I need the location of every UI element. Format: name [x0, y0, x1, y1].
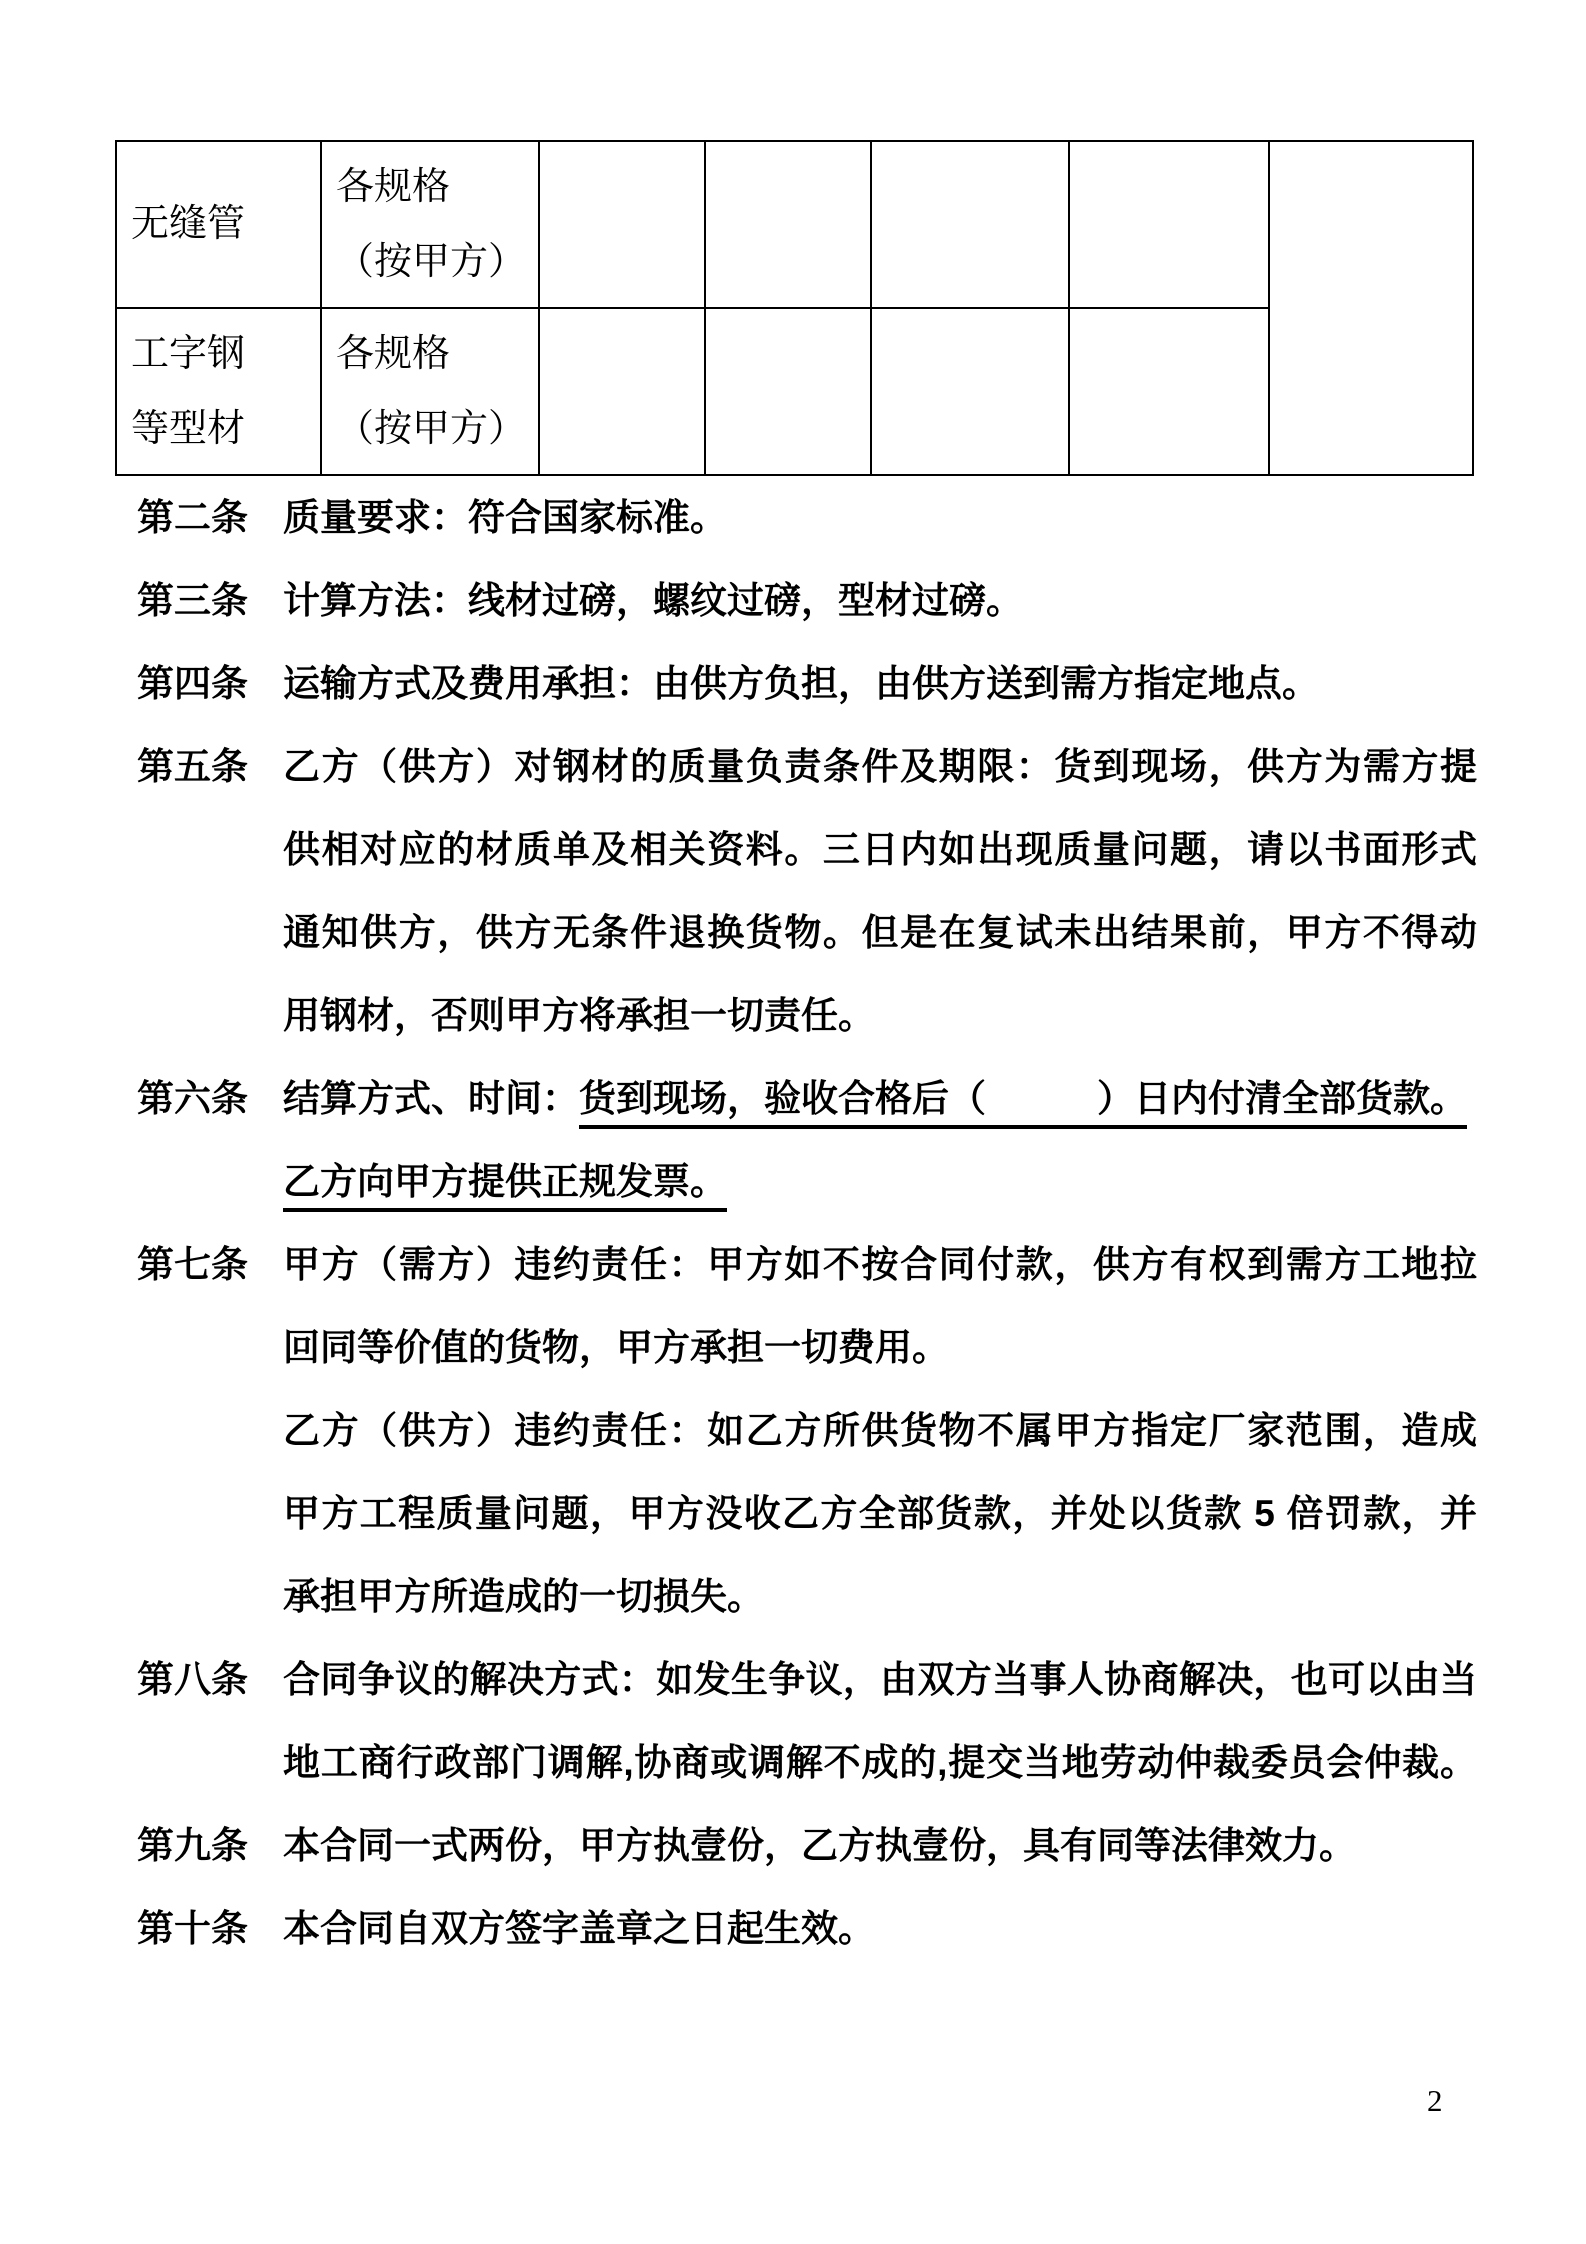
empty-cell — [539, 141, 705, 308]
empty-cell — [539, 308, 705, 475]
clause-text: 通知供方，供方无条件退换货物。但是在复试未出结果前，甲方不得动 — [283, 913, 1477, 953]
clause-number: 第八条 — [137, 1660, 283, 1700]
clause-text: 结算方式、时间：货到现场，验收合格后（ ）日内付清全部货款。 — [283, 1079, 1477, 1119]
clause-line: 第四条运输方式及费用承担：由供方负担，由供方送到需方指定地点。 — [137, 664, 1482, 747]
clause-number: 第九条 — [137, 1826, 283, 1866]
clause-line: 第九条本合同一式两份，甲方执壹份，乙方执壹份，具有同等法律效力。 — [137, 1826, 1482, 1909]
clause-line: 地工商行政部门调解,协商或调解不成的,提交当地劳动仲裁委员会仲裁。 — [137, 1743, 1482, 1826]
clause-line: 第八条合同争议的解决方式：如发生争议，由双方当事人协商解决，也可以由当 — [137, 1660, 1482, 1743]
clause-line: 第二条质量要求：符合国家标准。 — [137, 498, 1482, 581]
clause-number: 第十条 — [137, 1909, 283, 1949]
clause-line: 回同等价值的货物，甲方承担一切费用。 — [137, 1328, 1482, 1411]
empty-cell — [1069, 308, 1269, 475]
clause-text: 本合同一式两份，甲方执壹份，乙方执壹份，具有同等法律效力。 — [283, 1826, 1477, 1866]
contract-page: 无缝管 各规格 （按甲方） 工字钢 等型材 各规格 （按甲方） — [0, 0, 1586, 2244]
empty-cell — [705, 141, 871, 308]
empty-cell — [1269, 141, 1473, 475]
material-name: 等型材 — [131, 392, 320, 467]
clause-line: 第六条结算方式、时间：货到现场，验收合格后（ ）日内付清全部货款。 — [137, 1079, 1482, 1162]
clause-text: 合同争议的解决方式：如发生争议，由双方当事人协商解决，也可以由当 — [283, 1660, 1477, 1700]
clause-text: 乙方（供方）违约责任：如乙方所供货物不属甲方指定厂家范围，造成 — [283, 1411, 1477, 1451]
clause-line: 乙方（供方）违约责任：如乙方所供货物不属甲方指定厂家范围，造成 — [137, 1411, 1482, 1494]
clause-text: 乙方（供方）对钢材的质量负责条件及期限：货到现场，供方为需方提 — [283, 747, 1477, 787]
clause-line: 第十条本合同自双方签字盖章之日起生效。 — [137, 1909, 1482, 1992]
empty-cell — [871, 141, 1069, 308]
clause-number: 第六条 — [137, 1079, 283, 1119]
clause-number: 第五条 — [137, 747, 283, 787]
clause-text: 甲方工程质量问题，甲方没收乙方全部货款，并处以货款 5 倍罚款，并 — [283, 1494, 1477, 1534]
empty-cell — [705, 308, 871, 475]
clause-text-underlined: 乙方向甲方提供正规发票。 — [283, 1161, 727, 1212]
page-number: 2 — [1427, 2083, 1443, 2119]
materials-table: 无缝管 各规格 （按甲方） 工字钢 等型材 各规格 （按甲方） — [115, 140, 1474, 476]
clause-line: 第七条甲方（需方）违约责任：甲方如不按合同付款，供方有权到需方工地拉 — [137, 1245, 1482, 1328]
clause-line: 甲方工程质量问题，甲方没收乙方全部货款，并处以货款 5 倍罚款，并 — [137, 1494, 1482, 1577]
clause-number: 第七条 — [137, 1245, 283, 1285]
clause-number: 第三条 — [137, 581, 283, 621]
clause-text: 运输方式及费用承担：由供方负担，由供方送到需方指定地点。 — [283, 664, 1477, 704]
clause-text: 计算方法：线材过磅，螺纹过磅，型材过磅。 — [283, 581, 1477, 621]
spec-line: （按甲方） — [336, 392, 538, 467]
clause-text: 承担甲方所造成的一切损失。 — [283, 1577, 1477, 1617]
clause-text: 用钢材，否则甲方将承担一切责任。 — [283, 996, 1477, 1036]
clause-line: 通知供方，供方无条件退换货物。但是在复试未出结果前，甲方不得动 — [137, 913, 1482, 996]
clause-number: 第二条 — [137, 498, 283, 538]
clause-text: 乙方向甲方提供正规发票。 — [283, 1162, 1477, 1202]
clause-line: 乙方向甲方提供正规发票。 — [137, 1162, 1482, 1245]
clause-text: 质量要求：符合国家标准。 — [283, 498, 1477, 538]
spec-cell: 各规格 （按甲方） — [321, 141, 539, 308]
clause-text-plain: 结算方式、时间： — [283, 1078, 579, 1119]
clause-text: 甲方（需方）违约责任：甲方如不按合同付款，供方有权到需方工地拉 — [283, 1245, 1477, 1285]
material-name: 无缝管 — [131, 187, 320, 262]
clause-line: 承担甲方所造成的一切损失。 — [137, 1577, 1482, 1660]
clause-text: 回同等价值的货物，甲方承担一切费用。 — [283, 1328, 1477, 1368]
material-cell: 工字钢 等型材 — [116, 308, 321, 475]
spec-line: 各规格 — [336, 150, 538, 225]
spec-cell: 各规格 （按甲方） — [321, 308, 539, 475]
clause-text-underlined: 货到现场，验收合格后（ ）日内付清全部货款。 — [579, 1078, 1467, 1129]
spec-line: 各规格 — [336, 317, 538, 392]
table-row: 无缝管 各规格 （按甲方） — [116, 141, 1473, 308]
clause-number: 第四条 — [137, 664, 283, 704]
clause-line: 供相对应的材质单及相关资料。三日内如出现质量问题，请以书面形式 — [137, 830, 1482, 913]
clause-line: 第五条乙方（供方）对钢材的质量负责条件及期限：货到现场，供方为需方提 — [137, 747, 1482, 830]
clause-text: 地工商行政部门调解,协商或调解不成的,提交当地劳动仲裁委员会仲裁。 — [283, 1743, 1477, 1783]
clause-text: 本合同自双方签字盖章之日起生效。 — [283, 1909, 1477, 1949]
spec-line: （按甲方） — [336, 225, 538, 300]
material-name: 工字钢 — [131, 317, 320, 392]
clause-list: 第二条质量要求：符合国家标准。 第三条计算方法：线材过磅，螺纹过磅，型材过磅。 … — [137, 498, 1482, 1992]
clause-line: 用钢材，否则甲方将承担一切责任。 — [137, 996, 1482, 1079]
clause-text: 供相对应的材质单及相关资料。三日内如出现质量问题，请以书面形式 — [283, 830, 1477, 870]
clause-line: 第三条计算方法：线材过磅，螺纹过磅，型材过磅。 — [137, 581, 1482, 664]
material-cell: 无缝管 — [116, 141, 321, 308]
empty-cell — [1069, 141, 1269, 308]
empty-cell — [871, 308, 1069, 475]
